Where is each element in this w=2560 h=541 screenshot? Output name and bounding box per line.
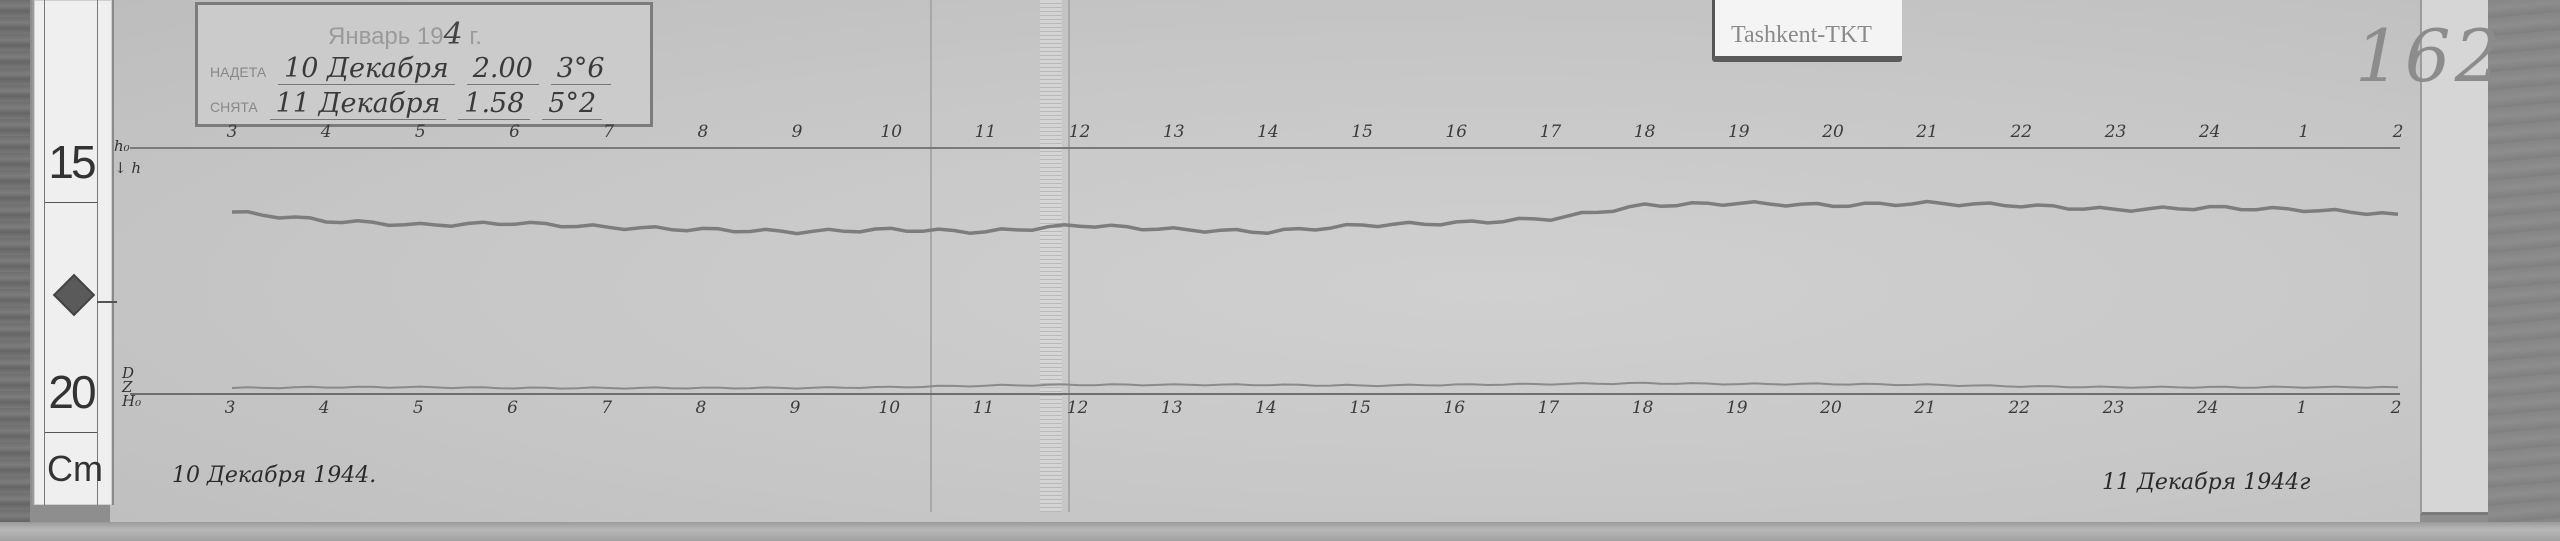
lower-trace [232, 383, 2398, 389]
upper-trace [232, 202, 2398, 234]
magnetogram-traces [0, 0, 2560, 541]
